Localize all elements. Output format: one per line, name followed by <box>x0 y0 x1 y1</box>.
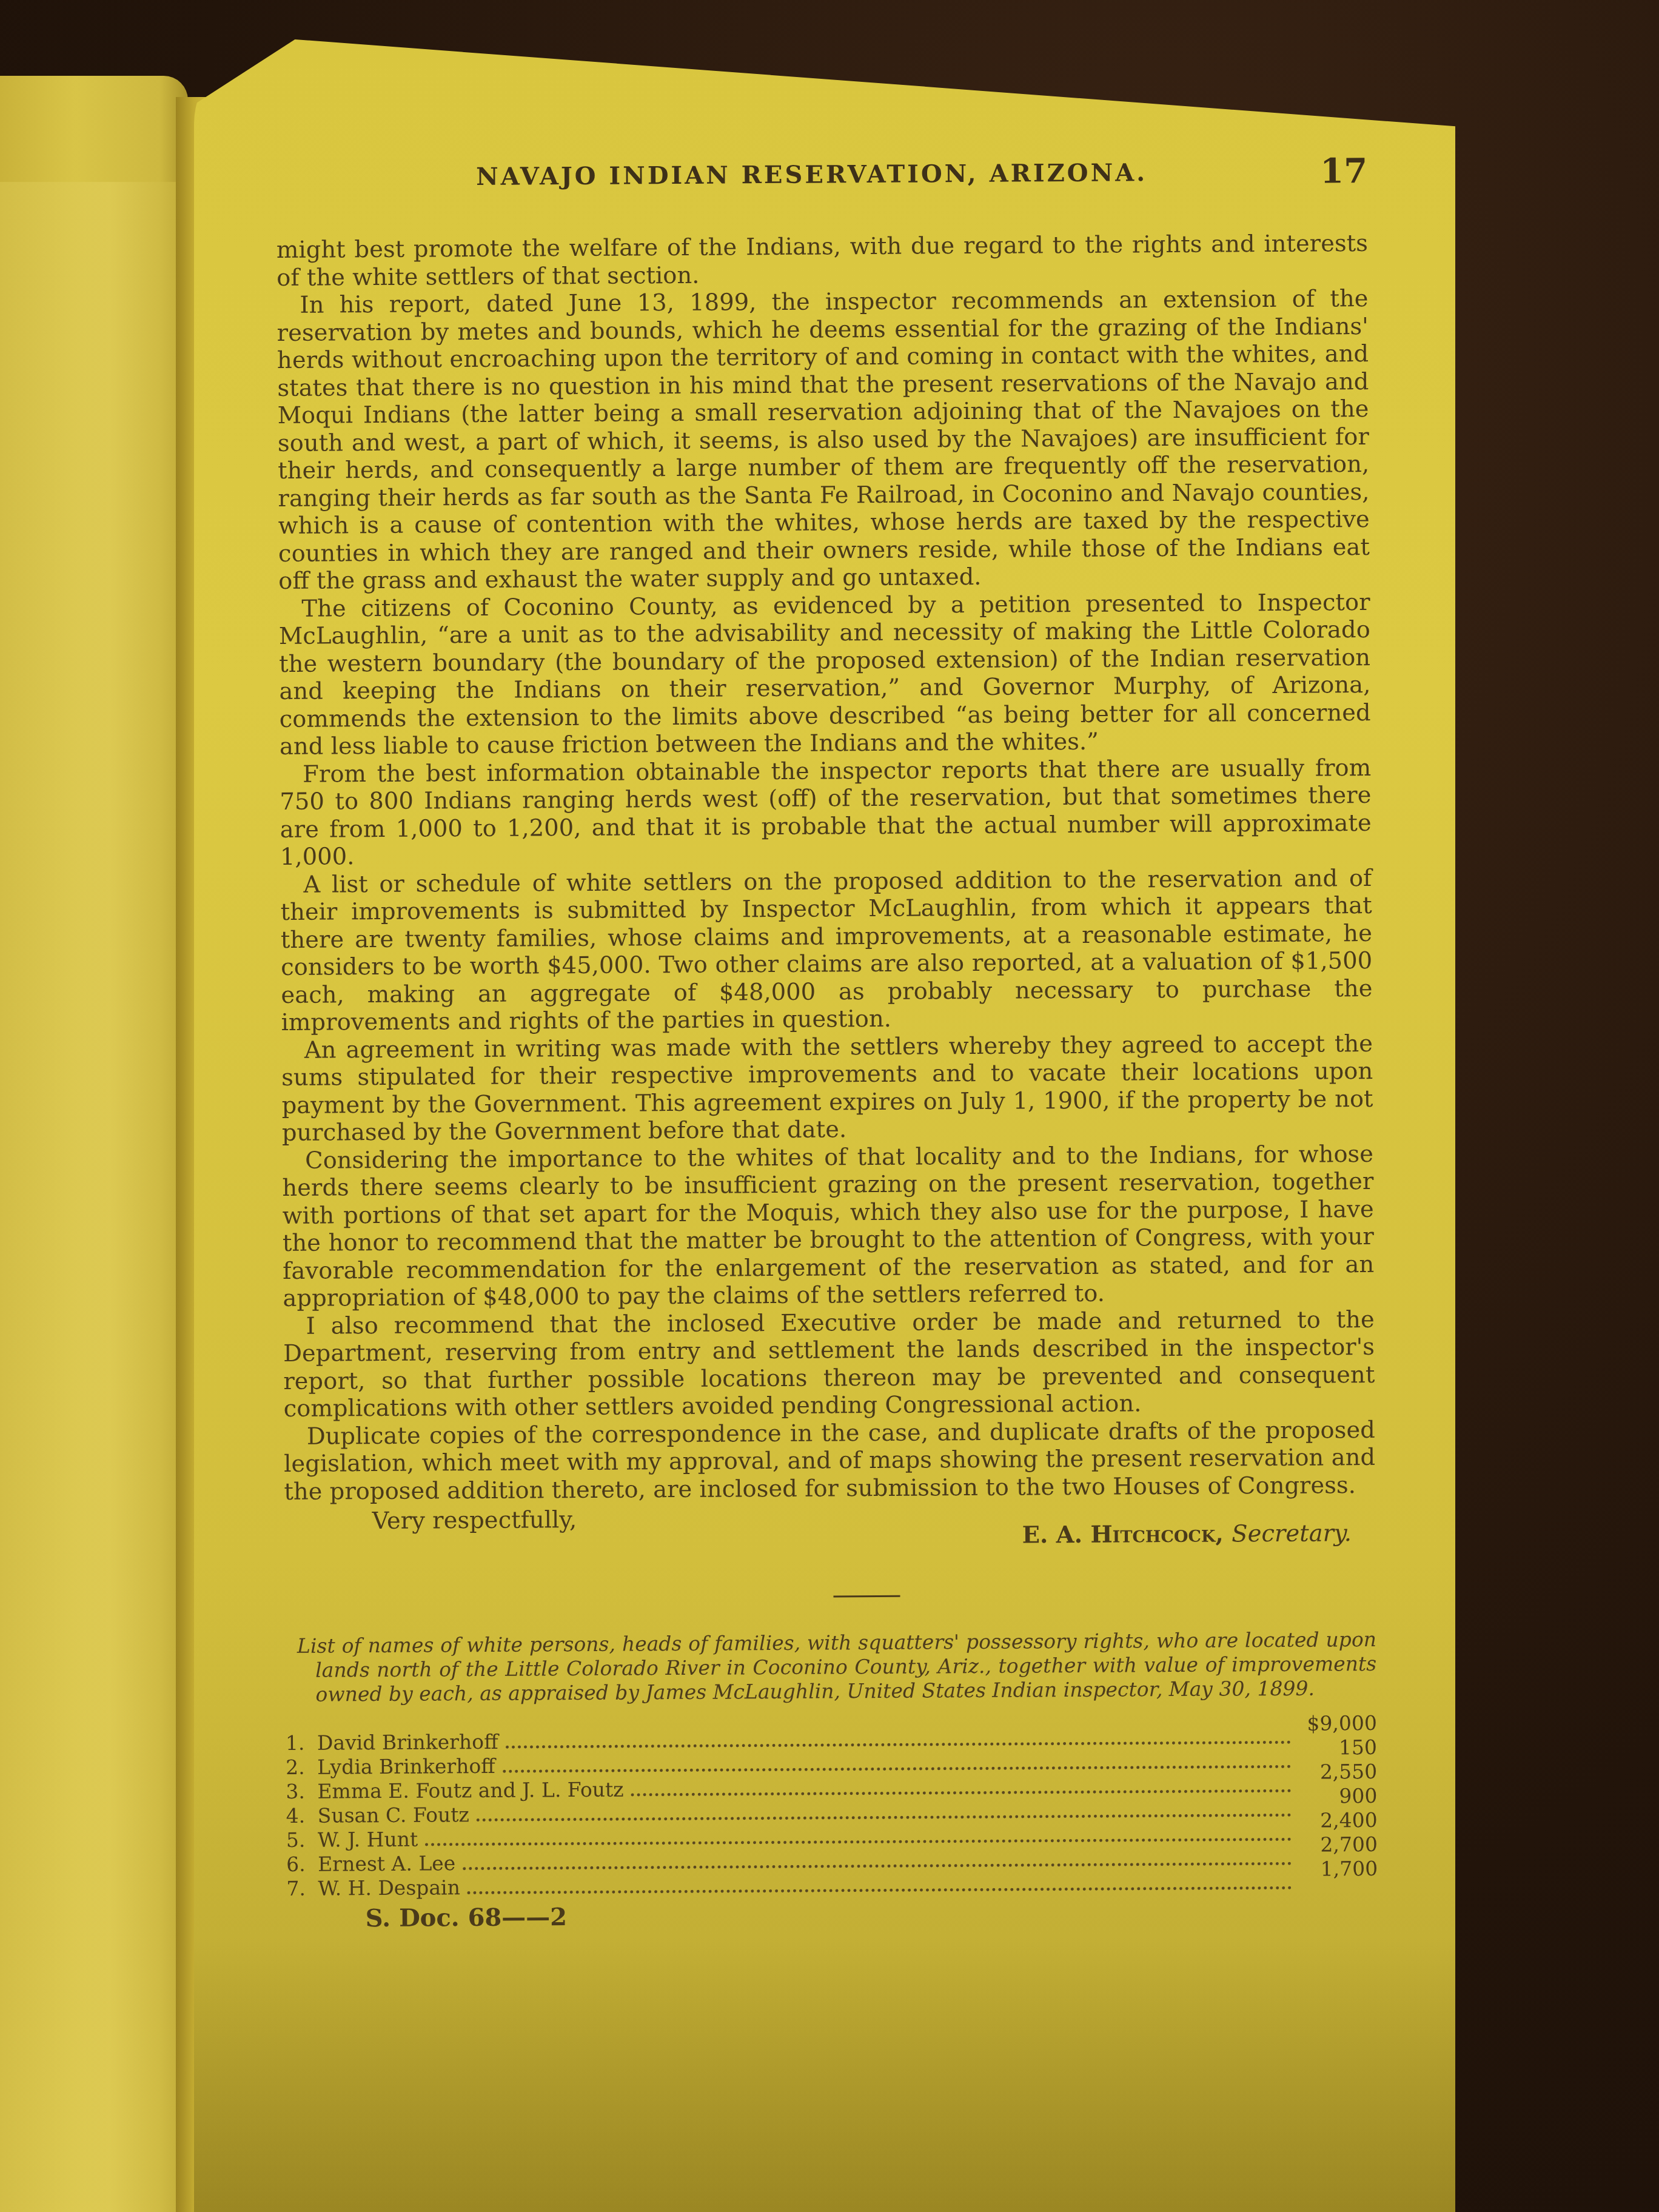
improvement-value: 2,700 <box>1299 1832 1378 1857</box>
dot-leader <box>477 1814 1292 1822</box>
list-caption: List of names of white persons, heads of… <box>285 1627 1377 1707</box>
item-number: 6. <box>286 1852 318 1877</box>
valediction: Very respectfully, <box>372 1506 577 1535</box>
paragraph: I also recommend that the inclosed Execu… <box>283 1305 1375 1423</box>
signature: E. A. Hitchcock, Secretary. <box>1022 1520 1352 1549</box>
page-content: NAVAJO INDIAN RESERVATION, ARIZONA. 17 m… <box>276 151 1378 1933</box>
signer-separator: , <box>1215 1520 1232 1547</box>
dot-leader <box>463 1862 1292 1870</box>
item-number: 1. <box>286 1731 317 1755</box>
improvement-value: 1,700 <box>1299 1857 1378 1882</box>
dot-leader <box>503 1765 1291 1773</box>
paragraph: might best promote the welfare of the In… <box>276 230 1369 292</box>
settler-name: W. J. Hunt <box>318 1828 418 1852</box>
paragraph: In his report, dated June 13, 1899, the … <box>276 285 1370 595</box>
letter-closing: Very respectfully, E. A. Hitchcock, Secr… <box>284 1501 1376 1563</box>
page-shadow <box>194 1940 1455 2212</box>
item-number: 4. <box>286 1804 318 1828</box>
settler-name: Susan C. Foutz <box>318 1803 469 1828</box>
paragraph: A list or schedule of white settlers on … <box>280 864 1373 1036</box>
improvement-value: 900 <box>1298 1784 1377 1809</box>
dot-leader <box>468 1886 1292 1894</box>
settler-name: Lydia Brinkerhoff <box>317 1754 495 1780</box>
body-text: might best promote the welfare of the In… <box>276 230 1376 1506</box>
item-number: 5. <box>286 1828 318 1852</box>
left-page-fold <box>0 182 182 2212</box>
signer-title: Secretary. <box>1232 1520 1352 1547</box>
paragraph: An agreement in writing was made with th… <box>281 1030 1373 1147</box>
settler-name: Ernest A. Lee <box>318 1851 455 1876</box>
paragraph: From the best information obtainable the… <box>280 754 1372 871</box>
paragraph: Duplicate copies of the correspondence i… <box>284 1416 1376 1505</box>
dot-leader <box>506 1741 1291 1749</box>
improvement-value: $9,000 <box>1298 1711 1377 1736</box>
settler-name: W. H. Despain <box>318 1875 460 1900</box>
item-number: 3. <box>286 1780 317 1804</box>
paragraph: The citizens of Coconino County, as evid… <box>278 588 1371 760</box>
settler-name: Emma E. Foutz and J. L. Foutz <box>317 1778 623 1804</box>
improvement-value: 2,550 <box>1298 1760 1377 1785</box>
dot-leader <box>631 1789 1292 1797</box>
settler-list: 1. David Brinkerhoff $9,000 2. Lydia Bri… <box>286 1724 1378 1901</box>
section-divider <box>834 1595 900 1598</box>
running-head: NAVAJO INDIAN RESERVATION, ARIZONA. 17 <box>276 151 1368 212</box>
page-number: 17 <box>1320 151 1367 191</box>
dot-leader <box>425 1838 1292 1846</box>
settler-name: David Brinkerhoff <box>317 1730 498 1755</box>
signer-surname: Hitchcock <box>1090 1521 1215 1549</box>
item-number: 2. <box>286 1755 317 1780</box>
improvement-value: 2,400 <box>1299 1808 1378 1833</box>
running-head-title: NAVAJO INDIAN RESERVATION, ARIZONA. <box>476 158 1147 191</box>
signer-initials: E. A. <box>1022 1521 1090 1549</box>
book-photo: NAVAJO INDIAN RESERVATION, ARIZONA. 17 m… <box>0 0 1659 2212</box>
paragraph: Considering the importance to the whites… <box>282 1140 1375 1312</box>
improvement-value: 150 <box>1298 1735 1377 1760</box>
item-number: 7. <box>286 1877 318 1901</box>
